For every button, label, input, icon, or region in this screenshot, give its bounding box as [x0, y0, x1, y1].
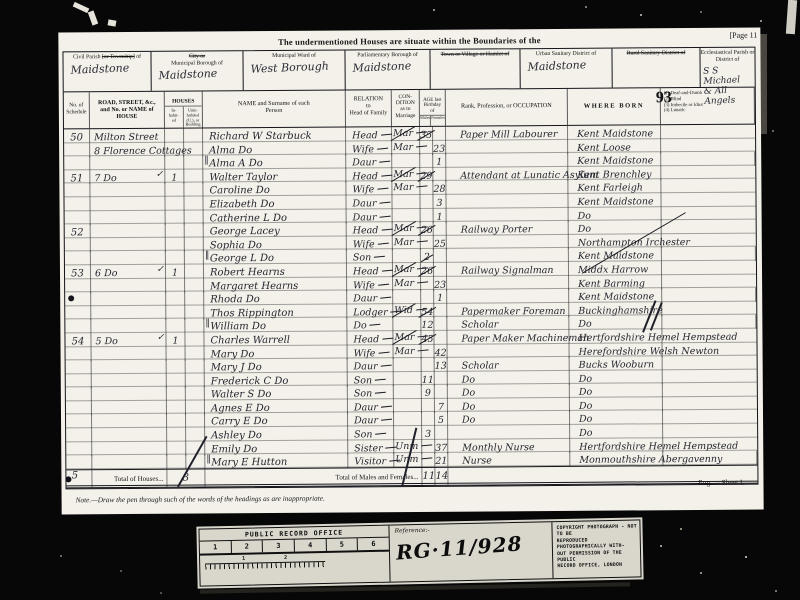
census-page: The undermentioned Houses are situate wi…	[58, 28, 763, 515]
cell-af	[434, 263, 447, 277]
cell-am: 11	[422, 372, 435, 386]
cell-rel: Son	[348, 385, 394, 399]
cell-inh	[167, 400, 186, 414]
cell-af: 13	[435, 358, 448, 372]
schedule-total: 5	[72, 470, 78, 481]
cell-dis	[661, 152, 755, 167]
cell-sched	[66, 428, 92, 442]
ink-dash	[378, 242, 389, 244]
ink-dash	[382, 338, 393, 340]
cell-cond: Mar	[392, 181, 420, 195]
header-boxes: Civil Parish [or Township] of Maidstone …	[63, 48, 754, 93]
cell-cond	[393, 317, 421, 331]
folio-number: 93	[656, 89, 672, 107]
cell-rel: Daur	[346, 154, 392, 168]
cell-am	[421, 236, 434, 250]
cell-dis	[663, 437, 757, 452]
margin-ink-mark: ‖	[206, 455, 211, 465]
cell-born: Kent Loose	[568, 139, 661, 154]
cell-cond	[394, 385, 422, 399]
cell-am	[422, 412, 435, 426]
municipal-ward-value: West Borough	[250, 60, 344, 74]
cell-road	[91, 292, 166, 307]
cell-cond	[394, 372, 422, 386]
cell-occ: Do	[448, 398, 570, 413]
cell-sched: 53	[65, 265, 91, 279]
cell-uninh	[185, 332, 204, 346]
cell-occ: Paper Maker Machineman	[447, 330, 569, 345]
cell-inh	[166, 292, 185, 306]
ink-dash	[370, 324, 381, 326]
cell-am	[420, 140, 433, 154]
header-box-label: Urban Sanitary District of	[520, 49, 611, 58]
film-artifact	[73, 2, 90, 13]
cell-uninh	[186, 346, 205, 360]
cell-dis	[661, 125, 755, 140]
cell-occ	[447, 248, 569, 263]
cell-occ: Paper Mill Labourer	[446, 126, 568, 141]
page-title: The undermentioned Houses are situate wi…	[58, 34, 760, 49]
cell-sched	[64, 143, 90, 157]
cell-sched	[66, 388, 92, 402]
cell-road	[90, 183, 165, 198]
cell-sched	[65, 320, 91, 334]
cell-sched	[65, 306, 91, 320]
cell-road	[92, 428, 167, 443]
cell-occ: Do	[448, 384, 570, 399]
pro-reference-section: Reference:- RG·11/928	[389, 522, 553, 581]
cell-uninh	[185, 251, 204, 265]
cell-rel: Visitor	[348, 453, 394, 467]
footnote: Note.—Draw the pen through such of the w…	[76, 494, 325, 505]
cell-af: 1	[434, 208, 447, 222]
cell-rel: Daur	[348, 399, 394, 413]
cell-inh	[166, 210, 185, 224]
cell-cond: Mar	[393, 263, 421, 277]
cell-road	[92, 441, 167, 456]
cell-am: 35	[420, 127, 433, 141]
cell-af: 21	[435, 453, 448, 467]
header-box-town-village: Town or Village or Hamlet of	[430, 49, 520, 89]
cell-road	[91, 319, 166, 334]
cell-uninh	[185, 264, 204, 278]
ink-dash	[375, 378, 386, 380]
header-box-ecclesiastical-parish: Ecclesiastical Parish or District of S S…	[700, 48, 754, 87]
ink-dash	[375, 433, 386, 435]
page-number-label: [Page 11	[729, 31, 757, 40]
header-box-label: City orMunicipal Borough of	[151, 51, 242, 67]
cell-occ: Papermaker Foreman	[447, 303, 569, 318]
cell-born: Kent Maidstone	[568, 193, 661, 208]
cell-am: 9	[422, 385, 435, 399]
cell-born: Hertfordshire Hemel Hempstead	[569, 329, 662, 344]
cell-road	[92, 455, 167, 470]
cell-inh	[167, 441, 186, 455]
cell-am	[422, 344, 435, 358]
header-box-civil-parish: Civil Parish [or Township] of Maidstone	[63, 52, 151, 92]
cell-born: Do	[570, 411, 663, 426]
cell-born: Kent Maidstone	[569, 288, 662, 303]
cell-occ	[446, 139, 568, 154]
cell-inh	[167, 387, 186, 401]
cell-am	[422, 358, 435, 372]
cell-dis	[661, 165, 755, 180]
cell-road	[91, 224, 166, 239]
cell-occ	[446, 153, 568, 168]
cell-occ	[448, 425, 570, 440]
cell-rel: Wife	[346, 182, 392, 196]
cell-am: 45	[421, 331, 434, 345]
ink-dash	[381, 406, 392, 408]
cell-sched	[66, 360, 92, 374]
cell-rel: Head	[347, 331, 393, 345]
urban-sanitary-value: Maidstone	[527, 59, 611, 73]
header-box-municipal-ward: Municipal Ward of West Borough	[243, 50, 345, 90]
cell-inh	[166, 319, 185, 333]
cell-inh	[165, 197, 184, 211]
cell-rel: Daur	[348, 413, 394, 427]
cell-dis	[662, 288, 756, 303]
check-mark: ✓	[157, 333, 165, 343]
ink-dash	[374, 256, 385, 258]
cell-dis	[663, 424, 757, 439]
cell-occ	[447, 275, 569, 290]
cell-cond	[393, 249, 421, 263]
cell-inh	[165, 142, 184, 156]
cell-am	[421, 290, 434, 304]
cell-uninh	[186, 414, 205, 428]
copyright-text: COPYRIGHT PHOTOGRAPH - NOT TO BE REPRODU…	[552, 520, 640, 578]
ink-dash	[381, 134, 392, 136]
cell-sched: 51	[64, 170, 90, 184]
cell-uninh	[185, 292, 204, 306]
cell-road	[91, 305, 166, 320]
cell-cond: Mar	[393, 222, 421, 236]
cell-sched	[66, 374, 92, 388]
cell-sched	[64, 156, 90, 170]
cell-rel: Daur	[346, 195, 392, 209]
ink-dash	[379, 202, 390, 204]
cell-sched	[64, 197, 90, 211]
cell-occ: Do	[448, 371, 570, 386]
pro-ruler-section: PUBLIC RECORD OFFICE 123456 1 2	[199, 526, 390, 586]
cell-born: Middx Harrow	[569, 261, 662, 276]
cell-dis	[662, 233, 756, 248]
cell-af	[435, 426, 448, 440]
header-box-municipal-borough: City orMunicipal Borough of Maidstone	[151, 51, 243, 91]
cell-rel: Daur	[347, 290, 393, 304]
cell-am: 3	[422, 426, 435, 440]
cell-born: Northampton Irchester	[569, 234, 662, 249]
cell-am	[420, 195, 433, 209]
houses-total-label: Total of Houses...	[92, 470, 167, 489]
cell-af: 3	[433, 195, 446, 209]
cell-road	[92, 401, 167, 416]
cell-cond: Mar	[393, 276, 421, 290]
cell-am: 2	[421, 249, 434, 263]
ink-dash	[381, 174, 392, 176]
cell-inh	[167, 360, 186, 374]
ink-dash	[377, 147, 388, 149]
cell-dis	[662, 328, 756, 343]
cell-occ: Attendant at Lunatic Asylum	[446, 167, 568, 182]
cell-uninh	[186, 360, 205, 374]
census-rows: 50Milton StreetRichard W StarbuckHeadMar…	[64, 125, 757, 470]
cell-dis	[662, 315, 756, 330]
cell-uninh	[185, 319, 204, 333]
header-box-parliamentary-borough: Parliamentary Borough of Maidstone	[345, 50, 430, 90]
reference-number: RG·11/928	[395, 530, 552, 563]
municipal-borough-value: Maidstone	[158, 68, 242, 82]
cell-af: 23	[433, 140, 446, 154]
cell-af	[434, 303, 447, 317]
cell-occ: Nurse	[448, 452, 570, 467]
cell-am	[422, 399, 435, 413]
cell-dis	[663, 410, 757, 425]
cell-cond: Mar	[393, 331, 421, 345]
cell-inh	[165, 156, 184, 170]
ink-dash	[378, 351, 389, 353]
cell-sched: 54	[65, 333, 91, 347]
civil-parish-value: Maidstone	[70, 62, 150, 75]
cell-rel: Do	[347, 317, 393, 331]
film-artifact	[786, 0, 797, 34]
pro-card: PUBLIC RECORD OFFICE 123456 1 2 Referenc…	[196, 517, 643, 588]
cell-born: Do	[570, 424, 663, 439]
cell-cond	[392, 154, 420, 168]
cell-af: 1	[434, 290, 447, 304]
cell-cond	[394, 399, 422, 413]
cell-inh: 1	[165, 169, 184, 183]
males-total: 11	[422, 468, 435, 486]
cell-rel: Wife	[347, 277, 393, 291]
cell-dis	[662, 220, 756, 235]
column-header-disability: (1) Deaf-and-Dumb (2) Blind (3) Imbecile…	[661, 88, 755, 125]
cell-rel: Wife	[347, 236, 393, 250]
cell-born: Do	[569, 207, 662, 222]
sheet-label: Eng.— Sheet L.	[698, 478, 746, 487]
pro-card-frame: PUBLIC RECORD OFFICE 123456 1 2 Referenc…	[198, 519, 641, 586]
film-speckles	[0, 0, 2, 2]
header-box-rural-sanitary: Rural Sanitary District of	[612, 48, 700, 88]
cell-road	[92, 360, 167, 375]
ink-dash	[379, 161, 390, 163]
cell-sched	[65, 279, 91, 293]
cell-rel: Son	[348, 426, 394, 440]
cell-uninh	[184, 169, 203, 183]
cell-uninh	[185, 278, 204, 292]
cell-inh	[167, 346, 186, 360]
cell-born: Kent Maidstone	[568, 152, 661, 167]
cell-inh	[167, 428, 186, 442]
cell-cond	[394, 426, 422, 440]
cell-sched	[65, 238, 91, 252]
cell-sched	[66, 347, 92, 361]
cell-cond	[393, 290, 421, 304]
cell-inh: 1	[166, 265, 185, 279]
cell-road	[92, 387, 167, 402]
ink-dash	[380, 215, 391, 217]
header-box-urban-sanitary: Urban Sanitary District of Maidstone	[520, 49, 612, 89]
cell-uninh	[184, 156, 203, 170]
cell-born: Kent Barming	[569, 275, 662, 290]
cell-road: 8 Florence Cottages	[90, 142, 165, 157]
cell-uninh	[184, 128, 203, 142]
column-header-road: ROAD, STREET, &c., and No. or NAME of HO…	[90, 92, 165, 129]
column-header-houses: HOUSES In- habit- edUnin- habited (U.), …	[165, 91, 203, 127]
cell-road	[91, 237, 166, 252]
females-total: 14	[435, 468, 448, 486]
age-subheaders: MalesFemales	[420, 115, 445, 126]
cell-af	[435, 371, 448, 385]
cell-dis	[662, 301, 756, 316]
cell-sched: 52	[65, 224, 91, 238]
cell-sched	[65, 211, 91, 225]
cell-dis	[662, 247, 756, 262]
cell-road: 7 Do✓	[90, 169, 165, 184]
cell-rel: Wife	[348, 345, 394, 359]
cell-cond: Mar	[392, 168, 420, 182]
cell-dis	[661, 179, 755, 194]
cell-cond	[392, 195, 420, 209]
totals-row: 5 Total of Houses... 3 Total of Males an…	[66, 464, 757, 488]
column-header-name: NAME and Surname of each Person	[203, 90, 346, 127]
cell-rel: Sister	[348, 440, 394, 454]
cell-born: Hertfordshire Hemel Hempstead	[570, 438, 663, 453]
cell-road: 6 Do✓	[91, 265, 166, 280]
cell-rel: Head	[346, 168, 392, 182]
cell-am	[421, 208, 434, 222]
cell-born: Kent Brenchley	[568, 166, 661, 181]
film-artifact	[760, 34, 767, 134]
cell-cond: Mar	[392, 141, 420, 155]
cell-rel: Head	[347, 222, 393, 236]
cm-ruler: 1 2	[200, 552, 390, 586]
cell-born: Do	[570, 384, 663, 399]
check-mark: ✓	[156, 170, 164, 180]
cell-sched: 50	[64, 129, 90, 143]
cell-rel: Daur	[348, 358, 394, 372]
cell-rel: Head	[346, 127, 392, 141]
cell-inh	[166, 224, 185, 238]
cell-am: 26	[421, 263, 434, 277]
cell-dis	[663, 383, 757, 398]
cell-cond	[394, 412, 422, 426]
cell-cond: Wid	[393, 304, 421, 318]
cell-occ: Scholar	[447, 316, 569, 331]
check-mark: ✓	[156, 265, 164, 275]
cell-uninh	[185, 305, 204, 319]
cell-cond: Mar	[392, 127, 420, 141]
cell-uninh	[185, 237, 204, 251]
cell-af: 28	[433, 181, 446, 195]
film-artifact	[88, 10, 98, 25]
column-headers: No. of Schedule ROAD, STREET, &c., and N…	[64, 88, 755, 130]
cell-rel: Daur	[347, 209, 393, 223]
cell-sched	[66, 455, 92, 469]
cell-road: Milton Street	[90, 129, 165, 144]
cell-af	[433, 168, 446, 182]
cell-sched	[65, 252, 91, 266]
cell-dis	[662, 261, 756, 276]
cell-rel: Son	[347, 249, 393, 263]
cell-sched	[66, 442, 92, 456]
cell-uninh	[184, 196, 203, 210]
cell-cond	[394, 358, 422, 372]
cell-born: Do	[570, 370, 663, 385]
cell-road	[91, 210, 166, 225]
cell-inh	[167, 373, 186, 387]
cell-am: 29	[420, 168, 433, 182]
cell-af	[434, 222, 447, 236]
cell-dis	[661, 138, 755, 153]
cell-dis	[663, 369, 757, 384]
cell-am	[422, 439, 435, 453]
cell-af: 1	[433, 154, 446, 168]
census-form: Civil Parish [or Township] of Maidstone …	[62, 47, 758, 490]
column-header-where-born: WHERE BORN	[568, 88, 661, 125]
cell-inh	[166, 305, 185, 319]
cell-af: 42	[435, 344, 448, 358]
cell-occ: Railway Signalman	[447, 262, 569, 277]
ink-dash	[377, 188, 388, 190]
cell-occ	[448, 343, 570, 358]
cell-am: 12	[421, 317, 434, 331]
cell-road	[90, 156, 165, 171]
margin-ink-mark: ‖	[205, 319, 210, 329]
header-box-label: Civil Parish [or Township] of	[63, 52, 150, 61]
cell-dis	[661, 193, 755, 208]
cell-road	[90, 197, 165, 212]
cell-am	[420, 181, 433, 195]
cell-dis	[663, 451, 757, 466]
cell-occ	[446, 180, 568, 195]
cell-af: 25	[434, 235, 447, 249]
cell-born: Do	[570, 397, 663, 412]
header-box-label: Parliamentary Borough of	[345, 50, 429, 59]
cell-inh	[167, 455, 186, 469]
cell-am	[421, 276, 434, 290]
cell-occ	[446, 194, 568, 209]
cell-inh	[165, 129, 184, 143]
header-box-label: Rural Sanitary District of	[612, 48, 699, 57]
males-females-label: Total of Males and Females...	[205, 468, 422, 488]
cell-born: Kent Maidstone	[569, 248, 662, 263]
cell-inh	[167, 414, 186, 428]
ink-dash	[378, 283, 389, 285]
totals-schedule-cell: 5	[66, 470, 92, 488]
cell-born: Bucks Wooburn	[570, 356, 663, 371]
cell-rel: Head	[347, 263, 393, 277]
column-header-age: AGE last Birthday of MalesFemales	[420, 90, 446, 126]
cell-road	[91, 251, 166, 266]
ink-dash	[375, 392, 386, 394]
cell-cond: Mar	[394, 344, 422, 358]
ink-dash	[381, 229, 392, 231]
cell-rel: Wife	[346, 141, 392, 155]
cell-dis	[663, 342, 757, 357]
cell-cond	[393, 208, 421, 222]
cell-inh	[166, 237, 185, 251]
cell-road	[92, 373, 167, 388]
cell-road	[92, 346, 167, 361]
cell-am	[422, 453, 435, 467]
ink-dash	[381, 365, 392, 367]
column-header-condition: CON- DITION as to Marriage	[392, 90, 420, 126]
cell-rel: Son	[348, 372, 394, 386]
column-header-occupation: Rank, Profession, or OCCUPATION	[446, 89, 568, 126]
cell-dis	[663, 356, 757, 371]
